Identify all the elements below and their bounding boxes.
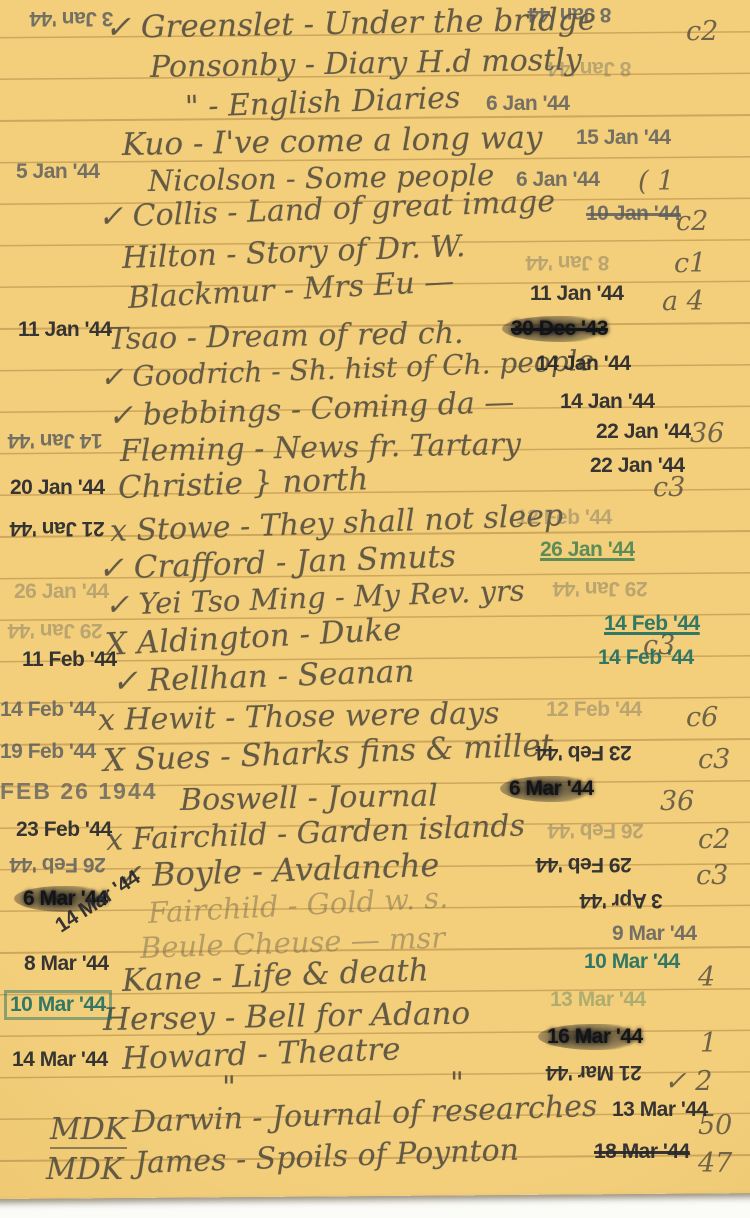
- date-stamp: 26 Feb '44: [10, 852, 106, 876]
- pencil-mark: c3: [696, 860, 728, 891]
- scanned-card-page: ✓ Greenslet - Under the bridge Ponsonby …: [0, 0, 750, 1218]
- pencil-mark: c1: [674, 248, 706, 279]
- date-stamp: 21 Mar '44: [546, 1060, 642, 1084]
- date-stamp-blotted: 16 Mar '44: [538, 1024, 652, 1050]
- date-stamp: 10 Jan '44: [586, 202, 681, 226]
- date-stamp: 15 Jan '44: [576, 126, 671, 150]
- handwritten-initials: MDK: [50, 1112, 127, 1149]
- pencil-mark: c6: [686, 702, 718, 733]
- date-stamp: 14 Jan '44: [8, 428, 103, 452]
- pencil-mark: 36: [690, 418, 724, 449]
- date-stamp: 3 Jan '44: [30, 6, 113, 30]
- handwritten-entry: Hersey - Bell for Adano: [103, 996, 471, 1038]
- date-stamp: 26 Jan '44: [14, 580, 109, 604]
- ditto-mark: ": [222, 1070, 236, 1105]
- date-stamp: 12 Feb '44: [516, 506, 612, 530]
- date-stamp: 14 Mar '44: [12, 1048, 108, 1072]
- pencil-mark: c3: [698, 744, 730, 775]
- date-stamp: 3 Apr '44: [580, 888, 663, 912]
- date-stamp: 6 Jan '44: [516, 168, 599, 192]
- date-stamp: 29 Feb '44: [536, 852, 632, 876]
- date-stamp: 10 Mar '44: [584, 950, 680, 974]
- date-stamp: 13 Mar '44: [550, 988, 646, 1012]
- date-stamp: 22 Jan '44: [596, 420, 691, 444]
- date-stamp: 8 Jan '44: [528, 2, 611, 26]
- pencil-mark: 47: [698, 1148, 732, 1179]
- date-stamp: FEB 26 1944: [0, 778, 158, 805]
- date-stamp: 26 Jan '44: [540, 538, 635, 562]
- date-stamp: 14 Feb '44: [604, 612, 700, 636]
- date-stamp: 22 Jan '44: [590, 454, 685, 478]
- pencil-mark: ( 1: [638, 166, 674, 197]
- pencil-mark: ✓ 2: [664, 1066, 712, 1097]
- pencil-mark: 1: [700, 1028, 717, 1059]
- handwritten-entry: Kuo - I've come a long way: [122, 120, 543, 163]
- date-stamp: 26 Feb '44: [548, 818, 644, 842]
- date-stamp: 5 Jan '44: [16, 160, 99, 184]
- date-stamp: 20 Jan '44: [10, 476, 105, 500]
- pencil-mark: 4: [698, 962, 715, 993]
- date-stamp: 11 Feb '44: [22, 648, 117, 672]
- date-stamp: 11 Jan '44: [530, 282, 623, 306]
- pencil-mark: 36: [660, 786, 694, 817]
- date-stamp: 8 Jan '44: [548, 56, 631, 80]
- date-stamp: 14 Jan '44: [536, 352, 631, 376]
- date-stamp: 21 Jan '44: [10, 516, 105, 540]
- date-stamp: 23 Feb '44: [536, 740, 632, 764]
- date-stamp: 6 Jan '44: [486, 92, 569, 116]
- pencil-mark: c2: [686, 16, 718, 47]
- pencil-mark: a 4: [662, 286, 704, 317]
- date-stamp: 18 Mar '44: [594, 1140, 690, 1164]
- date-stamp: 10 Mar '44: [4, 990, 112, 1020]
- date-stamp: 14 Feb '44: [598, 646, 694, 670]
- date-stamp: 19 Feb '44: [0, 740, 96, 764]
- date-stamp: 12 Feb '44: [546, 698, 642, 722]
- date-stamp-blotted: 6 Mar '44: [500, 776, 603, 802]
- date-stamp: 29 Jan '44: [553, 576, 648, 600]
- date-stamp: 8 Jan '44: [526, 250, 609, 274]
- date-stamp: 23 Feb '44: [16, 818, 112, 842]
- date-stamp: 11 Jan '44: [18, 318, 111, 342]
- date-stamp: 9 Mar '44: [612, 922, 697, 946]
- date-stamp: 14 Jan '44: [560, 390, 655, 414]
- date-stamp: 13 Mar '44: [612, 1098, 708, 1122]
- date-stamp: 8 Mar '44: [24, 952, 109, 976]
- date-stamp-blotted: 30 Dec '43: [502, 316, 617, 342]
- pencil-mark: c2: [698, 824, 730, 855]
- date-stamp: 14 Feb '44: [0, 698, 96, 722]
- date-stamp: 29 Jan '44: [8, 618, 103, 642]
- handwritten-initials: MDK: [46, 1152, 123, 1187]
